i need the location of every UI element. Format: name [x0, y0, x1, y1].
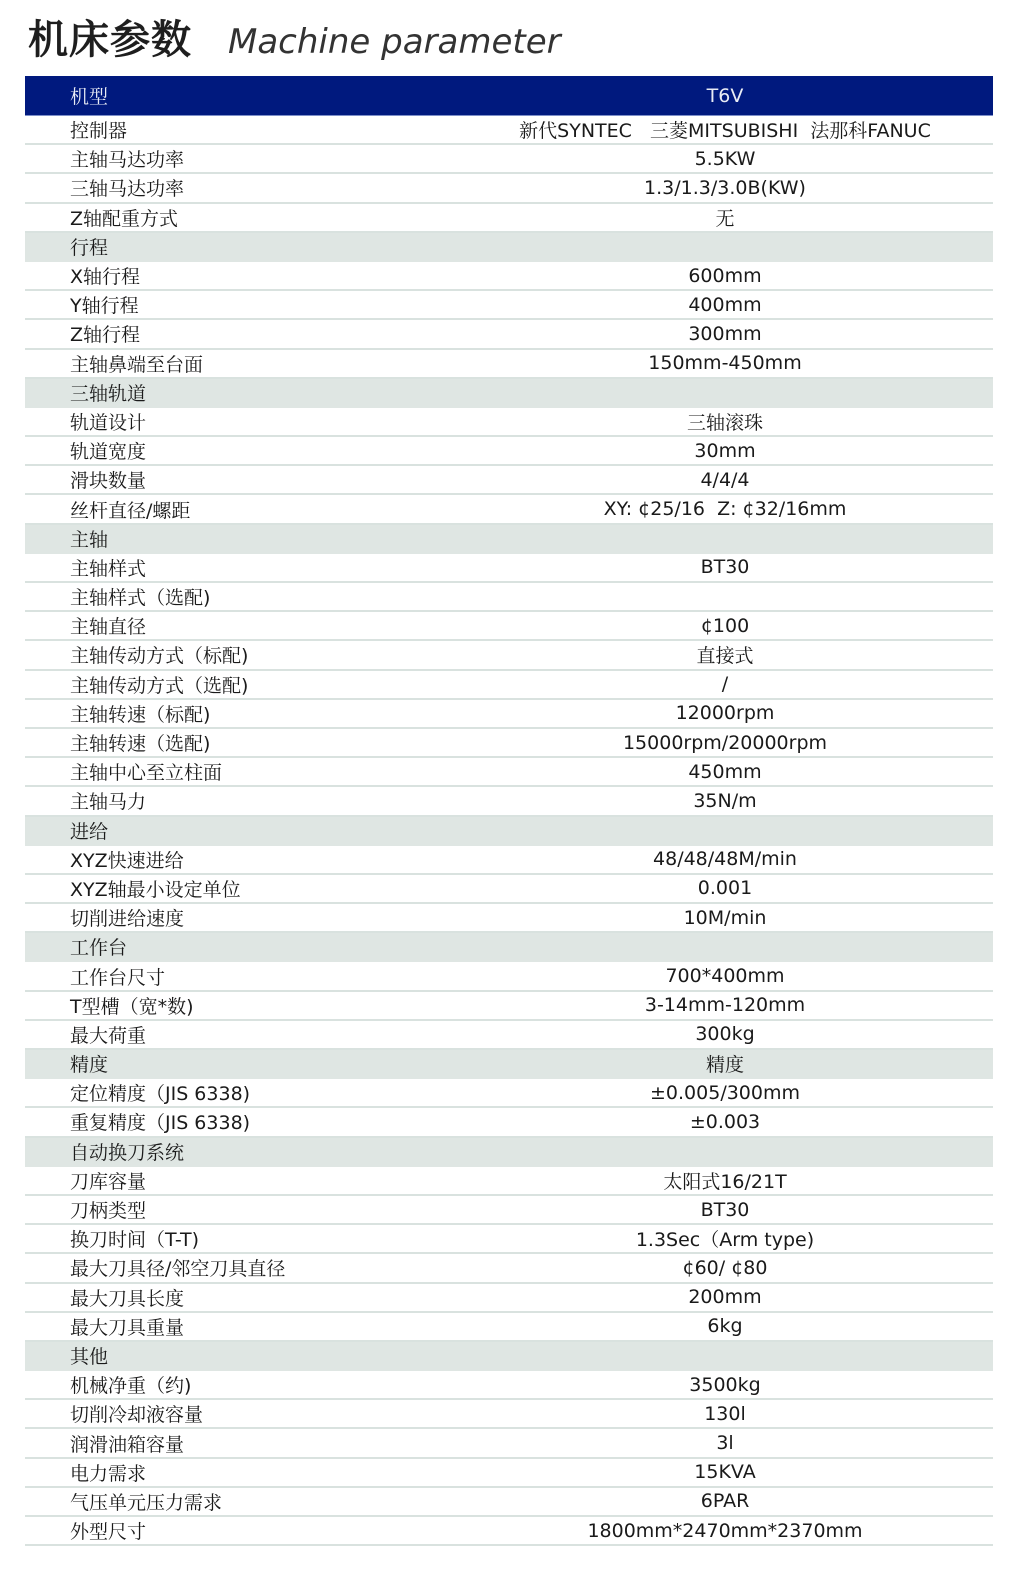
param-label: 滑块数量 — [25, 466, 425, 493]
param-value: 600mm — [457, 265, 993, 287]
table-row: 主轴直径¢100 — [25, 612, 993, 641]
table-row: 轨道宽度30mm — [25, 437, 993, 466]
section-label: 行程 — [25, 233, 425, 260]
param-value: 6PAR — [457, 1490, 993, 1512]
table-row: 主轴传动方式（标配)直接式 — [25, 641, 993, 670]
section-label: 其他 — [25, 1342, 425, 1369]
param-value: 150mm-450mm — [457, 352, 993, 374]
table-row: 主轴样式BT30 — [25, 554, 993, 583]
section-header-row: 三轴轨道 — [25, 379, 993, 408]
param-value: 700*400mm — [457, 965, 993, 987]
title-chinese: 机床参数 — [28, 8, 192, 65]
param-label: 最大刀具长度 — [25, 1284, 425, 1311]
section-label: 精度 — [25, 1050, 425, 1077]
table-row: 工作台尺寸700*400mm — [25, 962, 993, 991]
param-value: ±0.003 — [457, 1111, 993, 1133]
param-value: 1.3Sec（Arm type) — [457, 1225, 993, 1252]
param-value: 300kg — [457, 1023, 993, 1045]
section-label: 三轴轨道 — [25, 379, 425, 406]
table-row: 三轴马达功率1.3/1.3/3.0B(KW) — [25, 174, 993, 203]
table-row: 轨道设计三轴滚珠 — [25, 408, 993, 437]
param-value: 精度 — [457, 1050, 993, 1077]
table-row: 切削冷却液容量130l — [25, 1400, 993, 1429]
param-value: 0.001 — [457, 877, 993, 899]
table-row: Y轴行程400mm — [25, 291, 993, 320]
param-label: 刀库容量 — [25, 1167, 425, 1194]
param-value: 10M/min — [457, 907, 993, 929]
param-label: 主轴传动方式（选配) — [25, 671, 425, 698]
param-value: ¢60/ ¢80 — [457, 1257, 993, 1279]
table-row: 主轴转速（选配)15000rpm/20000rpm — [25, 729, 993, 758]
section-label: 主轴 — [25, 525, 425, 552]
table-row: Z轴配重方式无 — [25, 204, 993, 233]
param-label: 工作台尺寸 — [25, 963, 425, 990]
param-label: 机械净重（约) — [25, 1371, 425, 1398]
table-row: 控制器新代SYNTEC 三菱MITSUBISHI 法那科FANUC — [25, 116, 993, 145]
table-row: 重复精度（JIS 6338)±0.003 — [25, 1108, 993, 1137]
param-label: Z轴行程 — [25, 320, 425, 347]
table-row: 定位精度（JIS 6338)±0.005/300mm — [25, 1079, 993, 1108]
section-header-row: 工作台 — [25, 933, 993, 962]
table-row: 丝杆直径/螺距XY: ¢25/16 Z: ¢32/16mm — [25, 495, 993, 524]
param-value: 无 — [457, 204, 993, 231]
param-value: ¢100 — [457, 615, 993, 637]
param-label: 主轴中心至立柱面 — [25, 758, 425, 785]
param-label: X轴行程 — [25, 262, 425, 289]
param-value: 400mm — [457, 294, 993, 316]
param-value: 300mm — [457, 323, 993, 345]
table-row: 机械净重（约)3500kg — [25, 1371, 993, 1400]
param-value: XY: ¢25/16 Z: ¢32/16mm — [457, 498, 993, 520]
param-label: 控制器 — [25, 116, 425, 143]
param-label: 主轴样式 — [25, 554, 425, 581]
param-value: 三轴滚珠 — [457, 408, 993, 435]
header-model: T6V — [457, 85, 993, 107]
table-row: 最大刀具重量6kg — [25, 1313, 993, 1342]
param-label: 主轴直径 — [25, 612, 425, 639]
param-label: 主轴马力 — [25, 787, 425, 814]
param-label: 轨道设计 — [25, 408, 425, 435]
table-row: 电力需求15KVA — [25, 1459, 993, 1488]
param-value: 15KVA — [457, 1461, 993, 1483]
param-value: 3-14mm-120mm — [457, 994, 993, 1016]
table-row: 外型尺寸1800mm*2470mm*2370mm — [25, 1517, 993, 1546]
param-value: 新代SYNTEC 三菱MITSUBISHI 法那科FANUC — [457, 116, 993, 143]
param-label: XYZ轴最小设定单位 — [25, 875, 425, 902]
param-label: Y轴行程 — [25, 291, 425, 318]
table-row: XYZ快速进给48/48/48M/min — [25, 846, 993, 875]
param-value: 1800mm*2470mm*2370mm — [457, 1520, 993, 1542]
table-row: X轴行程600mm — [25, 262, 993, 291]
param-value: ±0.005/300mm — [457, 1082, 993, 1104]
param-value: 30mm — [457, 440, 993, 462]
param-value: 6kg — [457, 1315, 993, 1337]
table-row: T型槽（宽*数)3-14mm-120mm — [25, 992, 993, 1021]
table-row: 最大刀具径/邻空刀具直径¢60/ ¢80 — [25, 1254, 993, 1283]
param-value: / — [457, 673, 993, 695]
param-label: 主轴转速（标配) — [25, 700, 425, 727]
param-value: 450mm — [457, 761, 993, 783]
spec-table: 机型 T6V 控制器新代SYNTEC 三菱MITSUBISHI 法那科FANUC… — [25, 76, 993, 1546]
page-title: 机床参数 Machine parameter — [28, 8, 561, 64]
title-english: Machine parameter — [228, 22, 561, 62]
table-body: 控制器新代SYNTEC 三菱MITSUBISHI 法那科FANUC主轴马达功率5… — [25, 116, 993, 1546]
param-label: 三轴马达功率 — [25, 174, 425, 201]
table-row: Z轴行程300mm — [25, 320, 993, 349]
table-row: 主轴中心至立柱面450mm — [25, 758, 993, 787]
param-value: 1.3/1.3/3.0B(KW) — [457, 177, 993, 199]
param-label: 主轴转速（选配) — [25, 729, 425, 756]
param-label: 主轴样式（选配) — [25, 583, 425, 610]
param-value: 4/4/4 — [457, 469, 993, 491]
section-header-row: 进给 — [25, 817, 993, 846]
param-value: 12000rpm — [457, 702, 993, 724]
param-value: BT30 — [457, 556, 993, 578]
section-header-row: 其他 — [25, 1342, 993, 1371]
table-row: 切削进给速度10M/min — [25, 904, 993, 933]
table-row: 气压单元压力需求6PAR — [25, 1488, 993, 1517]
param-label: 最大刀具重量 — [25, 1313, 425, 1340]
table-row: 主轴鼻端至台面150mm-450mm — [25, 350, 993, 379]
param-value: BT30 — [457, 1199, 993, 1221]
param-value: 35N/m — [457, 790, 993, 812]
param-label: 润滑油箱容量 — [25, 1430, 425, 1457]
param-label: 丝杆直径/螺距 — [25, 496, 425, 523]
param-label: 刀柄类型 — [25, 1196, 425, 1223]
table-row: 主轴传动方式（选配)/ — [25, 671, 993, 700]
section-header-row: 行程 — [25, 233, 993, 262]
param-label: 主轴鼻端至台面 — [25, 350, 425, 377]
param-label: 气压单元压力需求 — [25, 1488, 425, 1515]
table-row: 刀柄类型BT30 — [25, 1196, 993, 1225]
param-label: 切削进给速度 — [25, 904, 425, 931]
param-value: 5.5KW — [457, 148, 993, 170]
table-row: 滑块数量4/4/4 — [25, 466, 993, 495]
table-row: 主轴马力35N/m — [25, 787, 993, 816]
param-value: 直接式 — [457, 641, 993, 668]
param-label: 主轴传动方式（标配) — [25, 641, 425, 668]
param-label: 切削冷却液容量 — [25, 1400, 425, 1427]
section-label: 自动换刀系统 — [25, 1138, 425, 1165]
param-label: 轨道宽度 — [25, 437, 425, 464]
section-label: 进给 — [25, 817, 425, 844]
table-row: 润滑油箱容量3l — [25, 1429, 993, 1458]
param-label: 重复精度（JIS 6338) — [25, 1108, 425, 1135]
section-header-row: 主轴 — [25, 525, 993, 554]
param-value: 130l — [457, 1403, 993, 1425]
table-row: XYZ轴最小设定单位0.001 — [25, 875, 993, 904]
table-row: 刀库容量太阳式16/21T — [25, 1167, 993, 1196]
header-label: 机型 — [25, 82, 425, 109]
param-value: 太阳式16/21T — [457, 1167, 993, 1194]
param-value: 3500kg — [457, 1374, 993, 1396]
table-row: 换刀时间（T-T)1.3Sec（Arm type) — [25, 1225, 993, 1254]
table-header: 机型 T6V — [25, 76, 993, 116]
table-row: 最大刀具长度200mm — [25, 1284, 993, 1313]
table-row: 主轴转速（标配)12000rpm — [25, 700, 993, 729]
section-label: 工作台 — [25, 933, 425, 960]
param-label: Z轴配重方式 — [25, 204, 425, 231]
param-label: XYZ快速进给 — [25, 846, 425, 873]
param-label: 主轴马达功率 — [25, 145, 425, 172]
param-label: 最大刀具径/邻空刀具直径 — [25, 1254, 425, 1281]
param-value: 48/48/48M/min — [457, 848, 993, 870]
param-label: 换刀时间（T-T) — [25, 1225, 425, 1252]
table-row: 主轴马达功率5.5KW — [25, 145, 993, 174]
param-value: 200mm — [457, 1286, 993, 1308]
param-label: T型槽（宽*数) — [25, 992, 425, 1019]
param-value: 3l — [457, 1432, 993, 1454]
table-row: 最大荷重300kg — [25, 1021, 993, 1050]
table-row: 主轴样式（选配) — [25, 583, 993, 612]
section-header-row: 精度精度 — [25, 1050, 993, 1079]
param-label: 最大荷重 — [25, 1021, 425, 1048]
param-label: 定位精度（JIS 6338) — [25, 1079, 425, 1106]
param-value: 15000rpm/20000rpm — [457, 732, 993, 754]
param-label: 电力需求 — [25, 1459, 425, 1486]
param-label: 外型尺寸 — [25, 1517, 425, 1544]
section-header-row: 自动换刀系统 — [25, 1138, 993, 1167]
